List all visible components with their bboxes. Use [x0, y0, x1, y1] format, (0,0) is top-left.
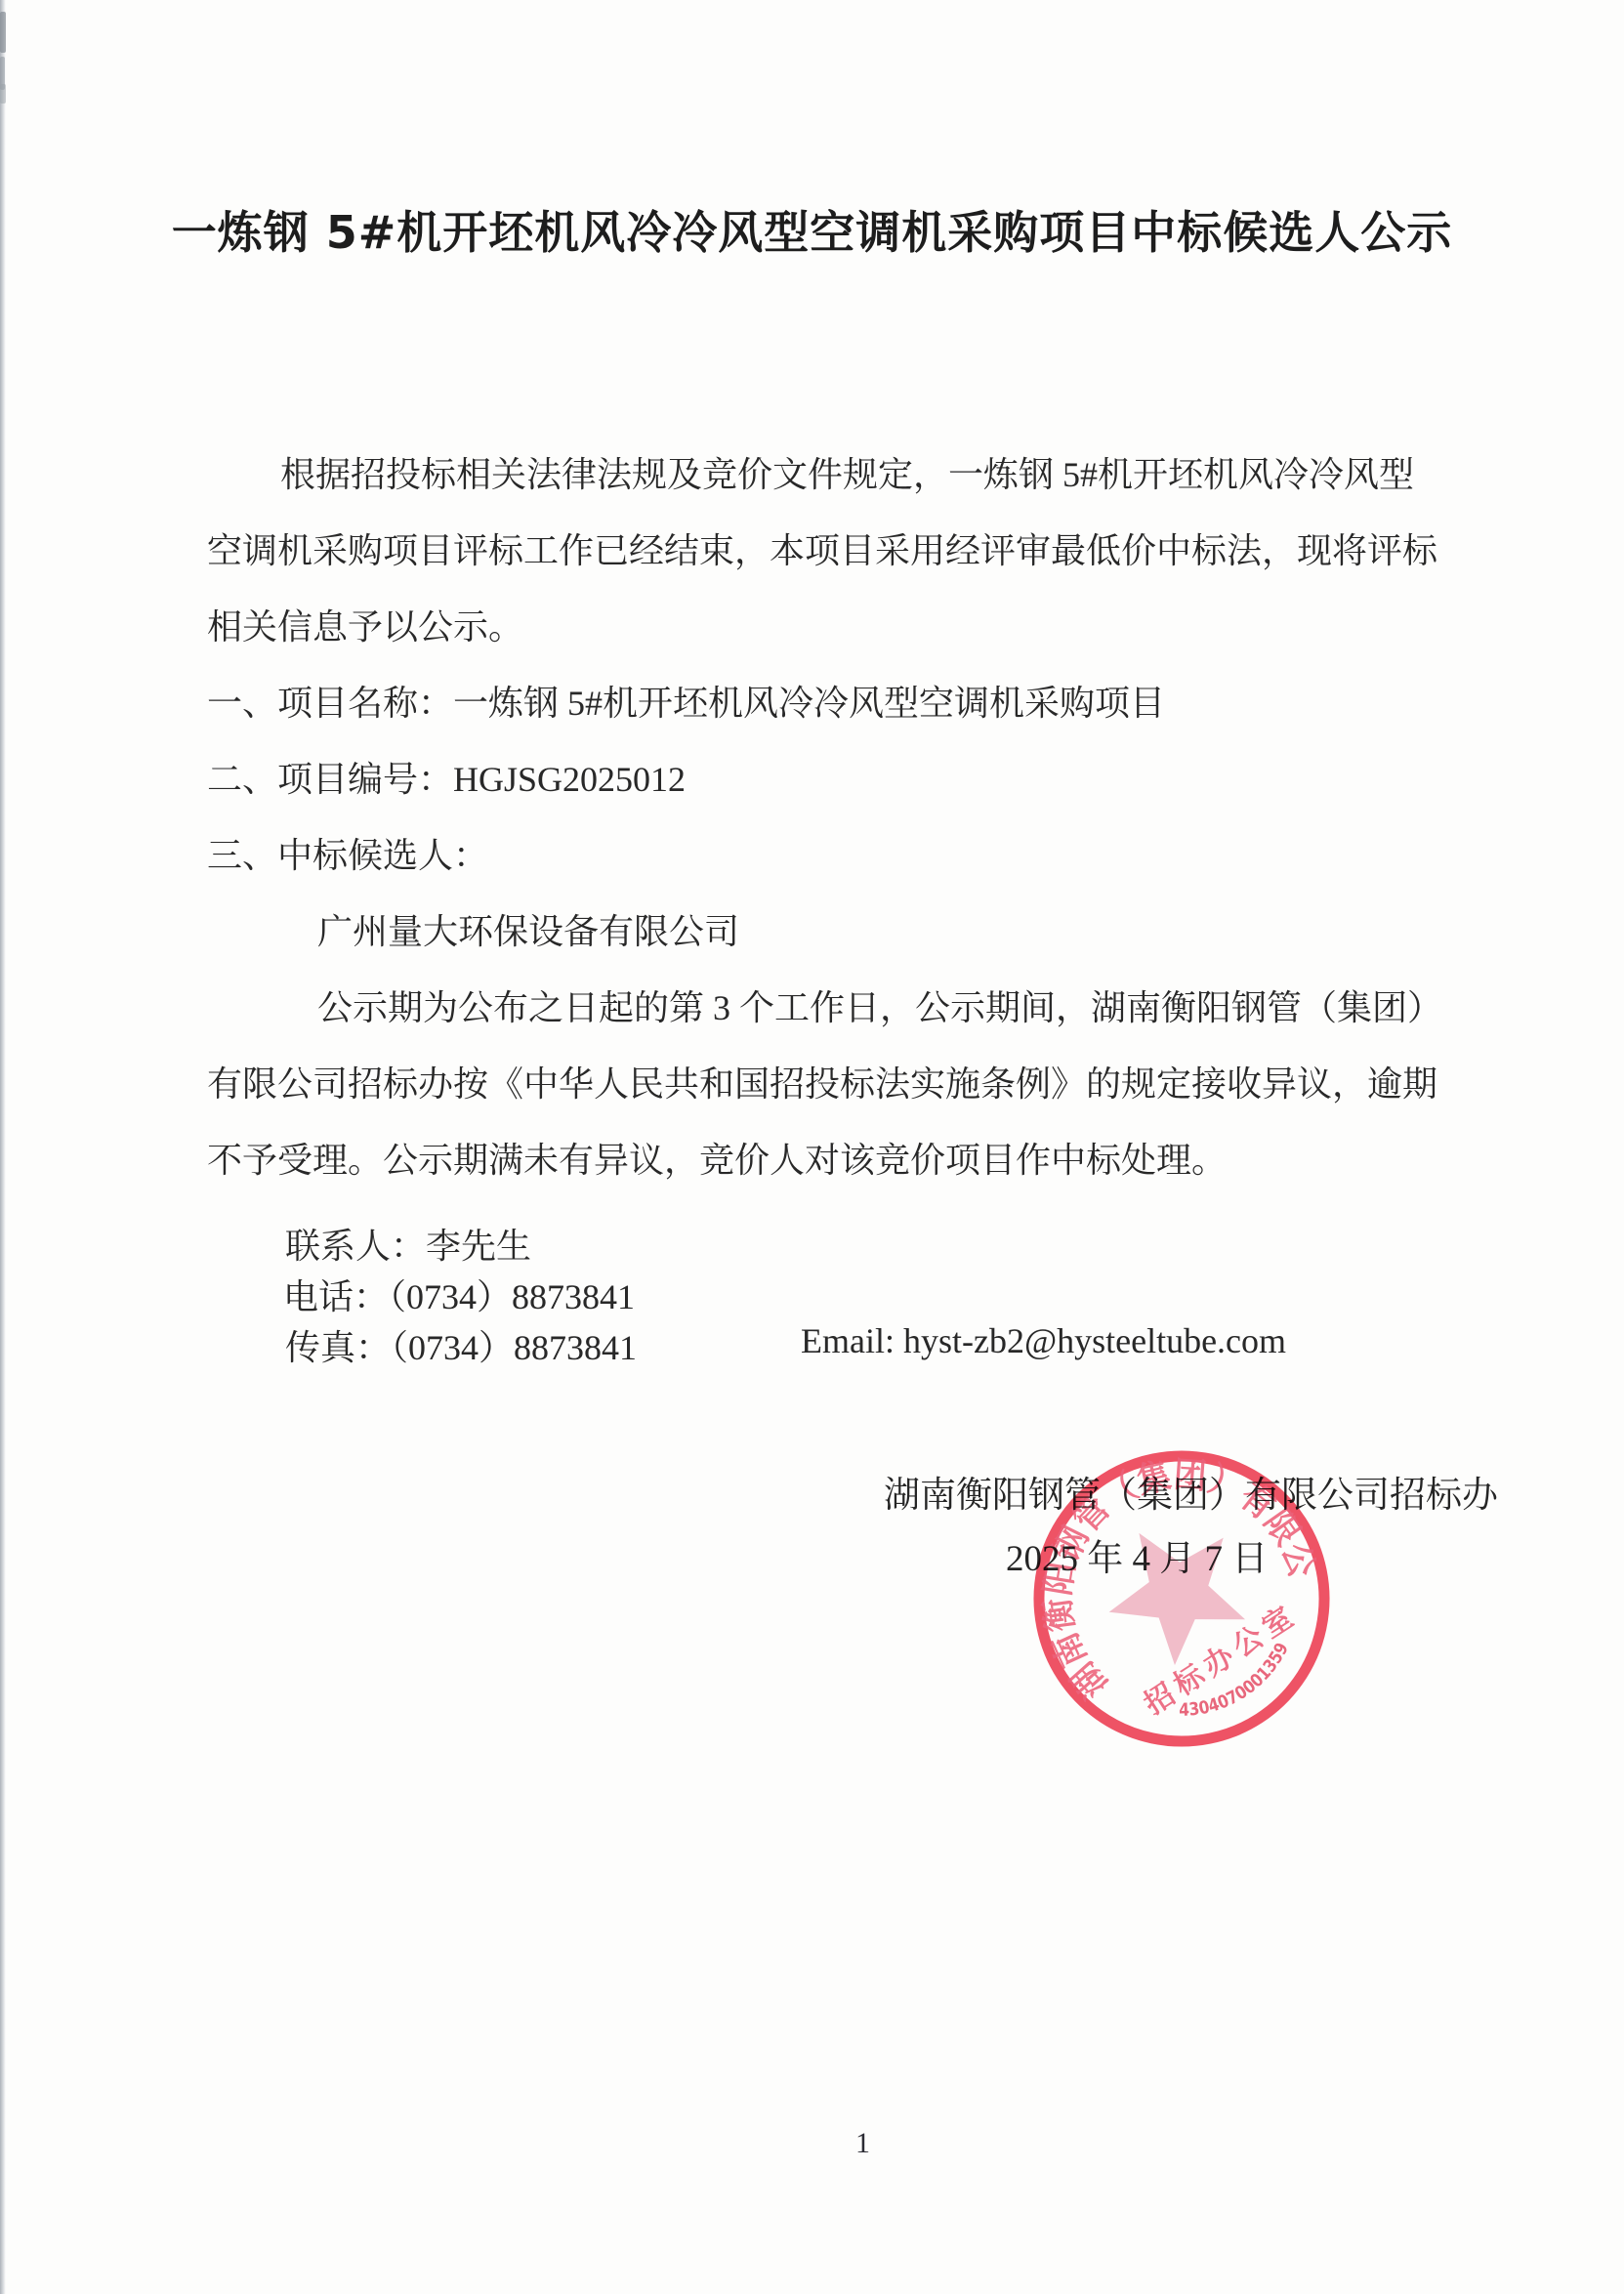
contact-phone: 电话：（0734）8873841 [283, 1270, 635, 1319]
scan-smudge [0, 84, 6, 104]
document-page: 一炼钢 5#机开坯机风冷冷风型空调机采购项目中标候选人公示 根据招投标相关法律法… [0, 0, 1624, 2294]
body-line: 有限公司招标办按《中华人民共和国招投标法实施条例》的规定接收异议，逾期 [207, 1057, 1437, 1106]
body-line: 相关信息予以公示。 [207, 600, 523, 649]
official-seal-stamp: 湖南衡阳钢管（集团）有限公司 招标办公室 4304070001359 [1016, 1433, 1348, 1765]
body-line: 公示期为公布之日起的第 3 个工作日，公示期间，湖南衡阳钢管（集团） [317, 980, 1442, 1030]
page-number: 1 [855, 2127, 870, 2160]
document-title: 一炼钢 5#机开坯机风冷冷风型空调机采购项目中标候选人公示 [0, 197, 1624, 262]
list-item-project-number: 二、项目编号：HGJSG2025012 [207, 752, 686, 802]
body-line: 不予受理。公示期满未有异议，竞价人对该竞价项目作中标处理。 [207, 1133, 1227, 1183]
scan-edge-artifact [0, 0, 6, 2294]
contact-fax: 传真：（0734）8873841 [285, 1320, 637, 1370]
body-line: 根据招投标相关法律法规及竞价文件规定，一炼钢 5#机开坯机风冷冷风型 [280, 447, 1414, 497]
seal-graphic: 湖南衡阳钢管（集团）有限公司 招标办公室 4304070001359 [1016, 1433, 1348, 1765]
contact-email: Email: hyst-zb2@hysteeltube.com [801, 1320, 1286, 1361]
list-item-project-name: 一、项目名称：一炼钢 5#机开坯机风冷冷风型空调机采购项目 [207, 676, 1165, 726]
list-item-candidate: 三、中标候选人： [207, 828, 488, 878]
scan-smudge [0, 12, 6, 53]
contact-person: 联系人：李先生 [285, 1219, 531, 1269]
body-line: 空调机采购项目评标工作已经结束，本项目采用经评审最低价中标法，现将评标 [207, 523, 1437, 573]
candidate-company: 广州量大环保设备有限公司 [317, 904, 739, 954]
